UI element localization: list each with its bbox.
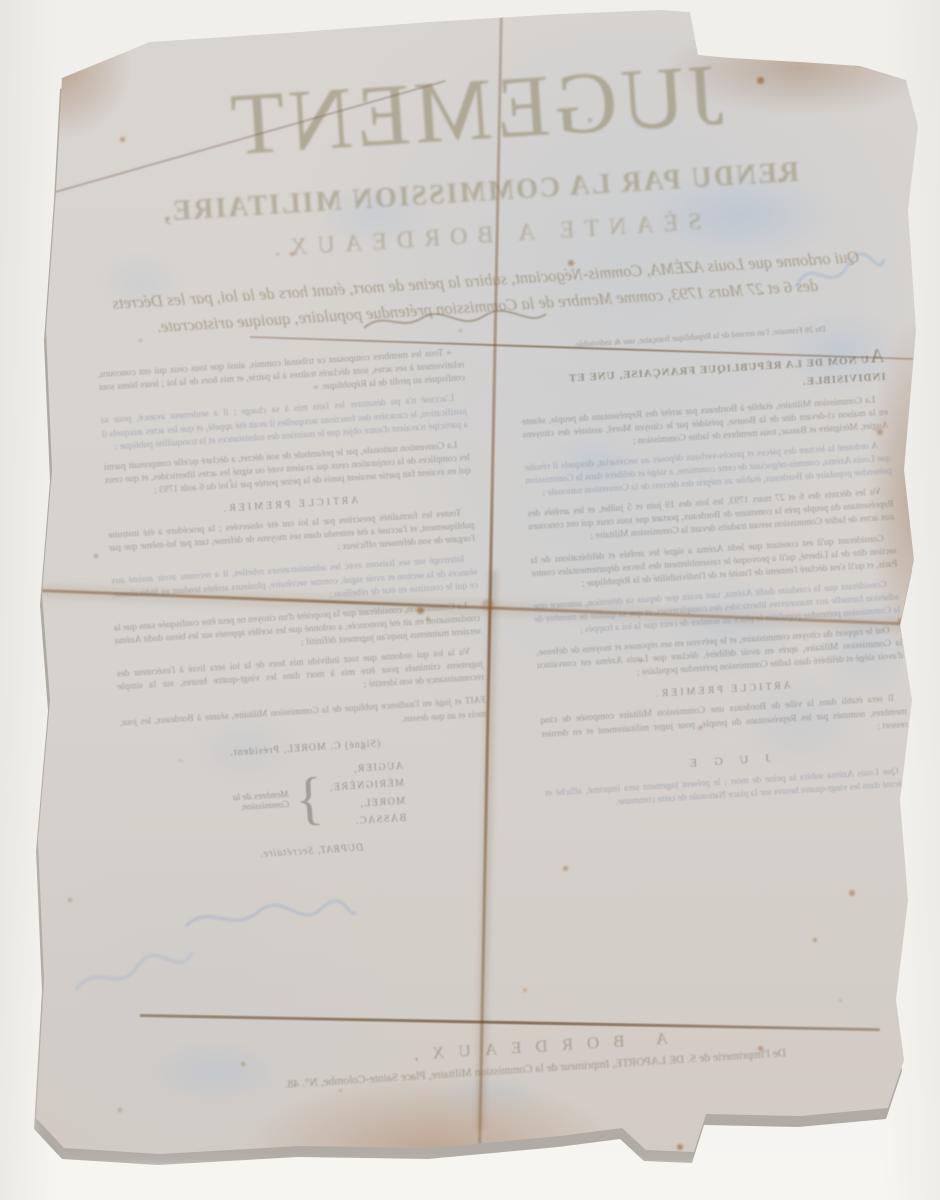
- foxing-stain: [677, 1144, 683, 1150]
- imprint-block: A BORDEAUX, De l'Imprimerie de S. DE LAP…: [129, 1012, 940, 1101]
- signature-members-row: AUGIER,MÉRIGNÈRE,MOREL,BASSAC. } Membres…: [123, 752, 493, 845]
- column-left: Du 26 Frimaire, l'an second de la Républ…: [517, 320, 914, 842]
- foxing-stain: [118, 1108, 122, 1112]
- document-paper: JUGEMENT RENDU PAR LA COMMISSION MILITAI…: [30, 10, 925, 1160]
- photo-backdrop: JUGEMENT RENDU PAR LA COMMISSION MILITAI…: [0, 0, 940, 1200]
- foxing-stain: [68, 898, 72, 902]
- au-nom-heading-text: U NOM DE LA RÉPUBLIQUE FRANÇAISE, UNE ET…: [568, 354, 886, 388]
- foxing-stain: [854, 61, 859, 66]
- signature-member: BASSAC.: [330, 810, 407, 832]
- signature-member-names: AUGIER,MÉRIGNÈRE,MOREL,BASSAC.: [327, 757, 407, 832]
- signature-brace: }: [293, 769, 324, 829]
- column-left-paragraphs: La Commission Militaire, établie à Borde…: [521, 393, 903, 686]
- signature-brace-label: Membres de la Commission.: [211, 790, 290, 815]
- mirrored-print-content: JUGEMENT RENDU PAR LA COMMISSION MILITAI…: [67, 16, 940, 1155]
- foxing-stain: [906, 468, 914, 476]
- column-right-paragraphs-top: « Tous les membres composant ce tribunal…: [98, 346, 472, 501]
